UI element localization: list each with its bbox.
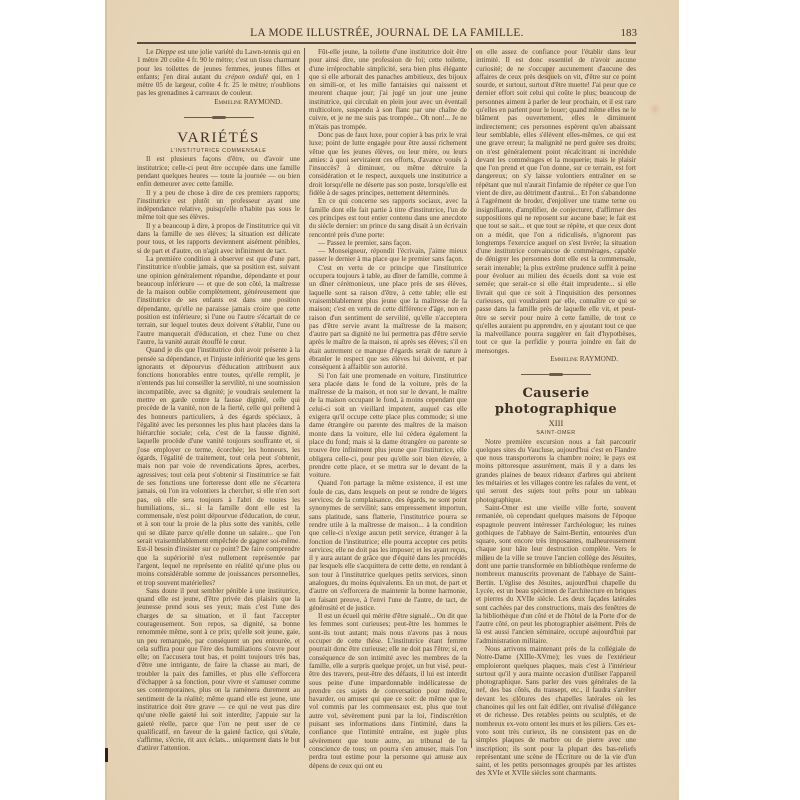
journal-title: LA MODE ILLUSTRÉE, JOURNAL DE LA FAMILLE… [137,27,637,39]
page-edge [105,0,107,800]
article-paragraph: Donc pas de faux luxe, pour copier à bas… [309,131,467,197]
article-paragraph: Quand l'on partage la même existence, il… [309,479,467,612]
dialogue-line: — Passez le premier, sans façon. [309,239,467,247]
column-divider [471,48,472,748]
author-signature: Emmeline RAYMOND. [137,98,300,106]
section-title-causerie: Causerie photographique [476,386,636,418]
page-edge-mark [105,748,108,762]
article-paragraph: Quand je dis que l'institutrice doit avo… [137,346,300,587]
article-paragraph: en elle assez de confiance pour l'établi… [476,48,636,355]
header-rule [137,42,636,44]
ornamental-separator [521,372,591,377]
running-header: LA MODE ILLUSTRÉE, JOURNAL DE LA FAMILLE… [137,25,637,41]
article-paragraph: Nous arrivons maintenant près de la coll… [476,645,636,778]
dialogue-line: — Monseigneur, répondit l'écrivain, j'ai… [309,247,467,264]
author-signature: Emmeline RAYMOND. [476,355,636,363]
section-subtitle: SAINT-OMER [476,429,636,437]
article-paragraph: Notre première excursion nous a fait par… [476,438,636,504]
section-title-varietes: VARIÉTÉS [137,129,300,147]
article-paragraph: Il est plusieurs façons d'être, ou d'avo… [137,155,300,188]
article-paragraph: Saint-Omer est une vieille ville forte, … [476,504,636,645]
column-divider [304,48,305,748]
middle-column: Fût-elle jeune, la toilette d'une instit… [309,48,467,770]
ornamental-separator [184,115,254,120]
article-paragraph: La première condition à observer est que… [137,255,300,346]
article-paragraph: Il y a peu de chose à dire de ces premie… [137,189,300,222]
article-paragraph: Fût-elle jeune, la toilette d'une instit… [309,48,467,131]
section-number: XIII [476,418,636,429]
page-number: 183 [621,27,638,39]
article-paragraph: En ce qui concerne ses rapports sociaux,… [309,197,467,238]
article-paragraph: C'est en vertu de ce principe que l'inst… [309,264,467,372]
right-column: en elle assez de confiance pour l'établi… [476,48,636,778]
section-subtitle: L'INSTITUTRICE COMMENSALE [137,147,300,155]
article-paragraph: Sans doute il peut sembler pénible à une… [137,587,300,753]
left-column: Le Dieppe est une jolie variété du Lawn-… [137,48,300,753]
article-paragraph: Il y a beaucoup à dire, à propos de l'in… [137,222,300,255]
article-paragraph: Il est un écueil qui mérite d'être signa… [309,612,467,770]
paper-stain [652,106,658,112]
article-paragraph: Si l'on fait une promenade en voiture, l… [309,372,467,480]
fabric-paragraph: Le Dieppe est une jolie variété du Lawn-… [137,48,300,98]
